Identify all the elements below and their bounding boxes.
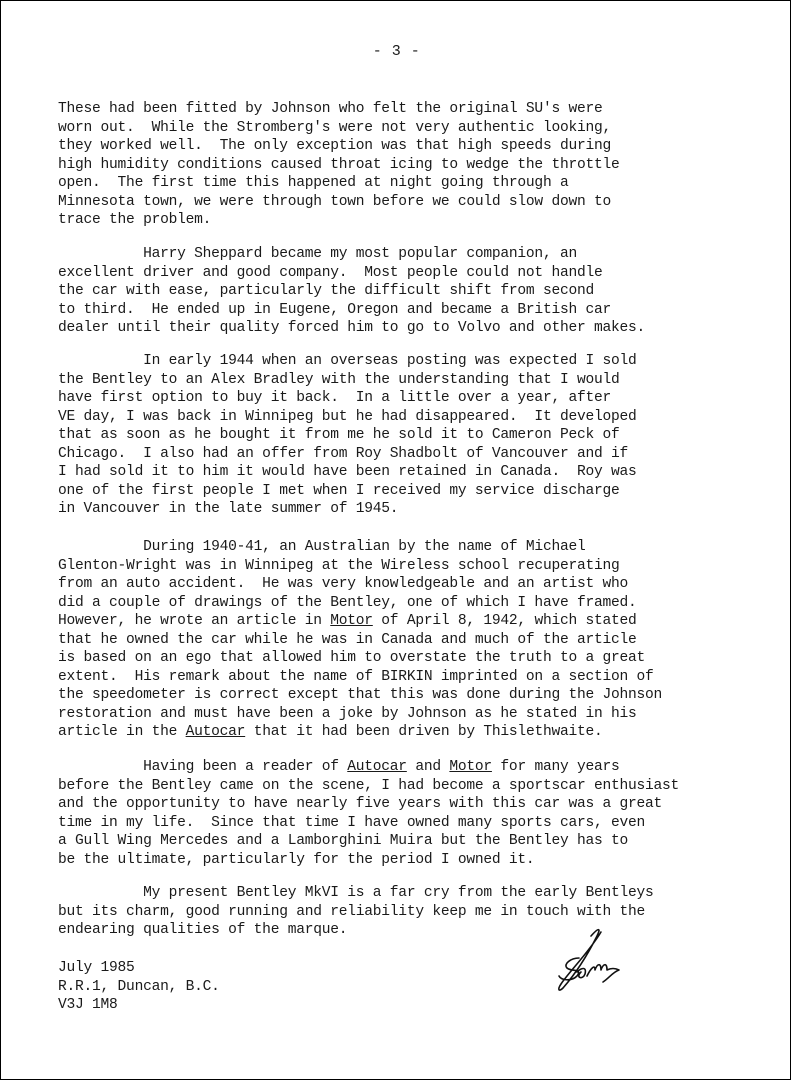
paragraph-glenton-wright: During 1940-41, an Australian by the nam… [58, 538, 662, 742]
paragraph-sale-of-bentley: In early 1944 when an overseas posting w… [58, 352, 637, 519]
underlined-title: Motor [449, 759, 492, 775]
underlined-title: Autocar [347, 759, 407, 775]
signature-icon [549, 924, 649, 999]
closing-address-block: July 1985 R.R.1, Duncan, B.C. V3J 1M8 [58, 959, 220, 1015]
document-page: - 3 - These had been fitted by Johnson w… [0, 0, 791, 1080]
paragraph-sportscar-enthusiast: Having been a reader of Autocar and Moto… [58, 758, 679, 869]
underlined-title: Motor [330, 613, 373, 629]
underlined-title: Autocar [186, 724, 246, 740]
paragraph-carburetors: These had been fitted by Johnson who fel… [58, 100, 620, 230]
page-number: - 3 - [1, 43, 791, 60]
paragraph-harry-sheppard: Harry Sheppard became my most popular co… [58, 245, 645, 338]
